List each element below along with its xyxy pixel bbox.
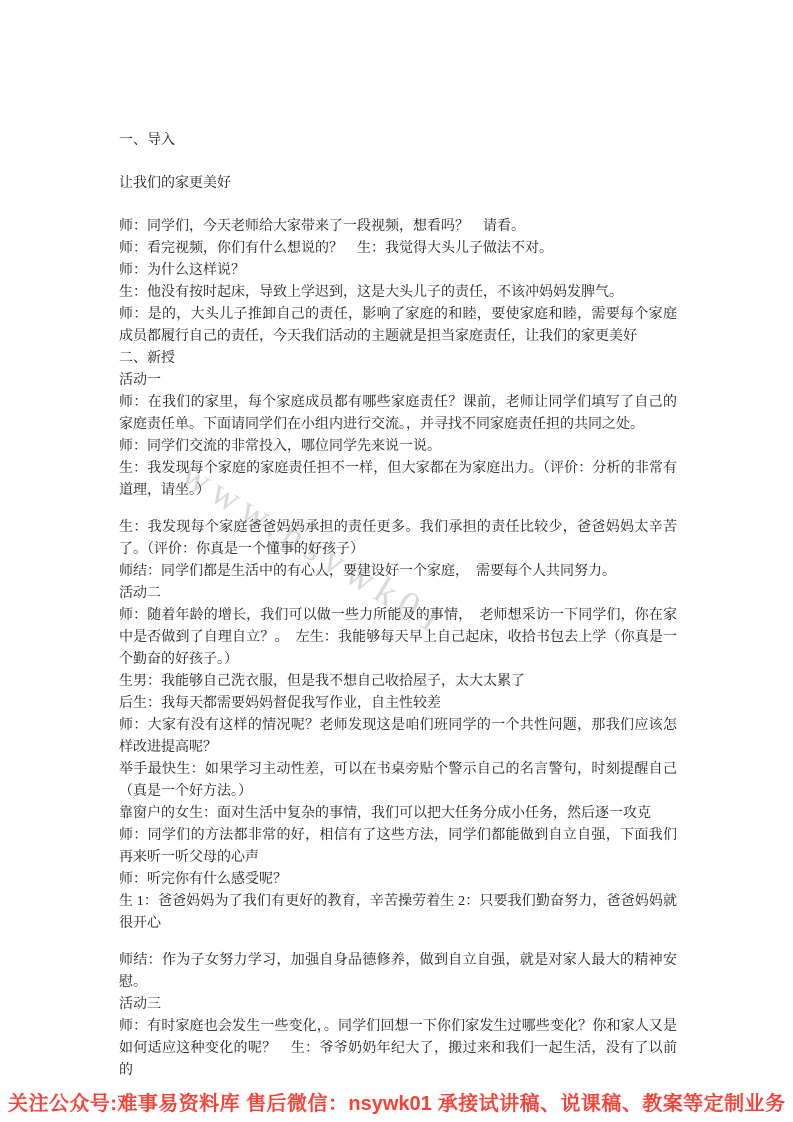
section-heading-intro: 一、导入 [119,130,677,152]
dialogue-line: 师：同学们的方法都非常的好，相信有了这些方法，同学们都能做到自立自强，下面我们再… [119,825,677,869]
activity-heading-1: 活动一 [119,370,677,392]
dialogue-line: 师：同学们交流的非常投入，哪位同学先来说一说。 [119,436,677,458]
dialogue-line: 后生：我每天都需要妈妈督促我写作业，自主性较差 [119,693,677,715]
dialogue-line: 师：为什么这样说？ [119,260,677,282]
teacher-summary: 师结：作为子女努力学习，加强自身品德修养，做到自立自强，就是对家人最大的精神安慰… [119,950,677,994]
activity-heading-2: 活动二 [119,583,677,605]
dialogue-line: 靠窗户的女生：面对生活中复杂的事情，我们可以把大任务分成小任务，然后逐一攻克 [119,803,677,825]
dialogue-line: 师：看完视频，你们有什么想说的？ 生：我觉得大头儿子做法不对。 [119,238,677,260]
section-heading-new-lesson: 二、新授 [119,348,677,370]
dialogue-line: 师：听完你有什么感受呢？ [119,869,677,891]
dialogue-line: 师：同学们，今天老师给大家带来了一段视频，想看吗？ 请看。 [119,216,677,238]
teacher-summary: 师结：同学们都是生活中的有心人，要建设好一个家庭， 需要每个人共同努力。 [119,561,677,583]
dialogue-line: 师：大家有没有这样的情况呢？老师发现这是咱们班同学的一个共性问题，那我们应该怎样… [119,715,677,759]
dialogue-line: 举手最快生：如果学习主动性差，可以在书桌旁贴个警示自己的名言警句，时刻提醒自己（… [119,759,677,803]
dialogue-line: 生：他没有按时起床，导致上学迟到，这是大头儿子的责任，不该冲妈妈发脾气。 [119,282,677,304]
dialogue-line: 师：是的，大头儿子推卸自己的责任，影响了家庭的和睦，要使家庭和睦，需要每个家庭成… [119,304,677,348]
footer-promo-banner: 关注公众号:难事易资料库 售后微信：nsywk01 承接试讲稿、说课稿、教案等定… [0,1091,793,1117]
dialogue-line: 师：随着年龄的增长，我们可以做一些力所能及的事情， 老师想采访一下同学们，你在家… [119,605,677,671]
dialogue-line: 生：我发现每个家庭的家庭责任担不一样，但大家都在为家庭出力。（评价：分析的非常有… [119,458,677,502]
activity-heading-3: 活动三 [119,994,677,1016]
lesson-title: 让我们的家更美好 [119,173,677,195]
dialogue-line: 生：我发现每个家庭爸爸妈妈承担的责任更多。我们承担的责任比较少，爸爸妈妈太辛苦了… [119,517,677,561]
document-page: www.nsywk01 一、导入 让我们的家更美好 师：同学们，今天老师给大家带… [0,0,793,1122]
lesson-script-body: 一、导入 让我们的家更美好 师：同学们，今天老师给大家带来了一段视频，想看吗？ … [119,130,677,1082]
dialogue-line: 师：有时家庭也会发生一些变化，。同学们回想一下你们家发生过哪些变化？你和家人又是… [119,1016,677,1082]
dialogue-line: 师：在我们的家里，每个家庭成员都有哪些家庭责任？课前，老师让同学们填写了自己的家… [119,392,677,436]
dialogue-line: 生男：我能够自己洗衣服，但是我不想自己收拾屋子，太大太累了 [119,671,677,693]
dialogue-line: 生 1：爸爸妈妈为了我们有更好的教育，辛苦操劳着生 2：只要我们勤奋努力，爸爸妈… [119,891,677,935]
